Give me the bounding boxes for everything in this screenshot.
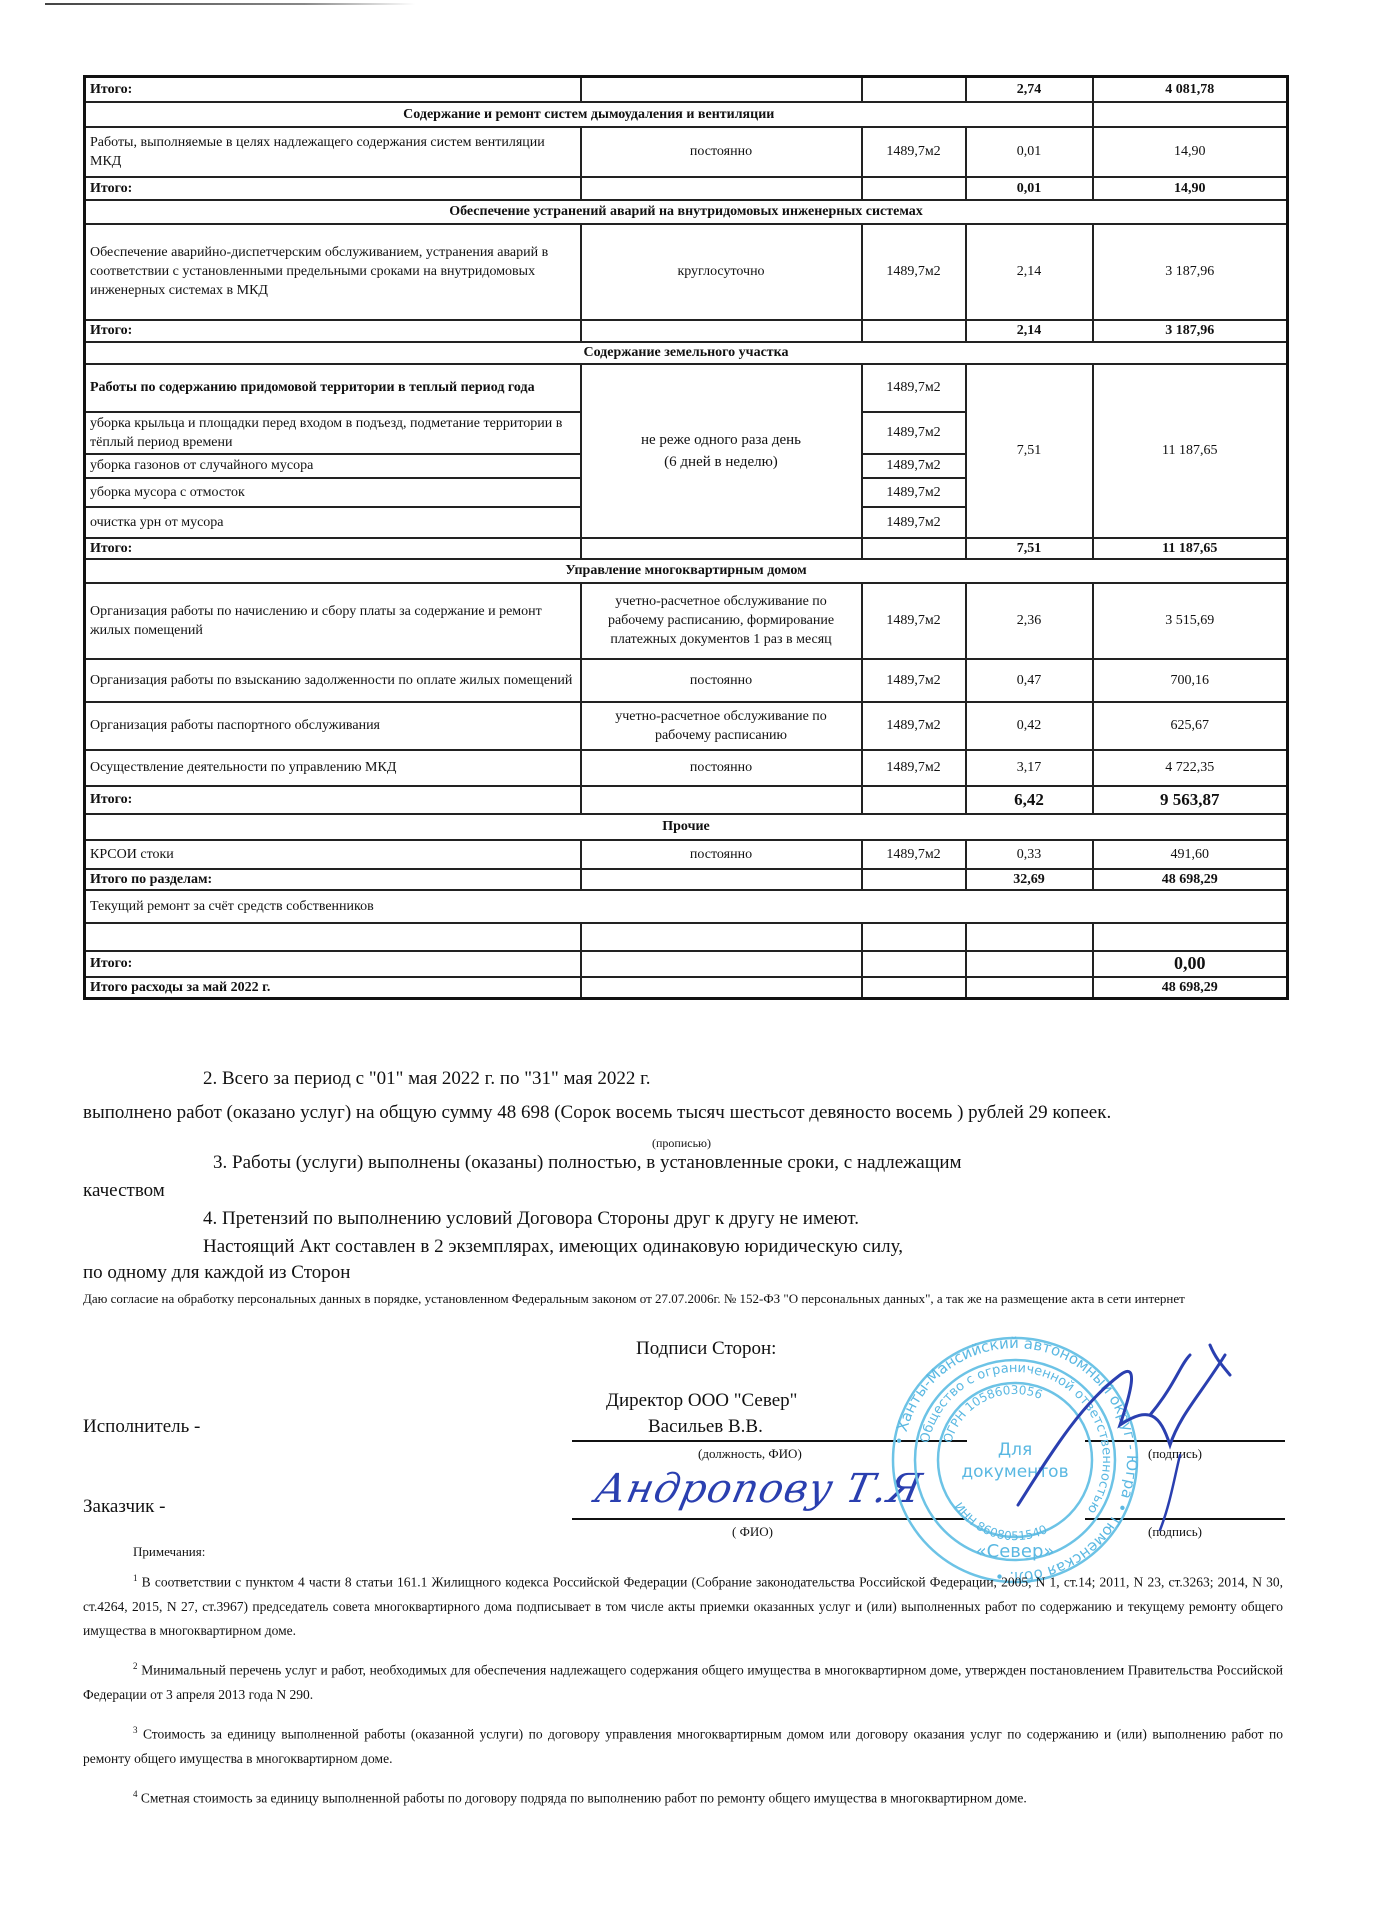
executor-name: Васильев В.В. — [648, 1416, 763, 1438]
row-label: Итого расходы за май 2022 г. — [85, 977, 581, 999]
consent-text: Даю согласие на обработку персональных д… — [83, 1287, 1203, 1310]
section-title: Прочие — [85, 814, 1288, 840]
customer-handwritten-name: Андропову Т.Я — [591, 1466, 926, 1512]
sum-cell: 48 698,29 — [1093, 977, 1288, 999]
frequency-cell: постоянно — [581, 659, 862, 702]
sum-cell: 9 563,87 — [1093, 786, 1288, 814]
area-cell: 1489,7м2 — [862, 478, 966, 507]
table-row-total: Итого: 2,74 4 081,78 — [85, 77, 1288, 102]
row-label: Организация работы по взысканию задолжен… — [85, 659, 581, 702]
paragraph-5-cont: по одному для каждой из Сторон — [83, 1262, 350, 1284]
sum-cell: 4 081,78 — [1093, 77, 1288, 102]
rate-cell: 6,42 — [966, 786, 1093, 814]
paragraph-2-period: 2. Всего за период с "01" мая 2022 г. по… — [203, 1068, 650, 1090]
table-row-empty — [85, 923, 1288, 951]
sum-cell: 0,00 — [1093, 951, 1288, 977]
rate-cell: 2,74 — [966, 77, 1093, 102]
row-label: Итого: — [85, 77, 581, 102]
footnote-4: 4 Сметная стоимость за единицу выполненн… — [83, 1782, 1283, 1811]
signatures-title: Подписи Сторон: — [636, 1338, 776, 1360]
sum-cell: 11 187,65 — [1093, 538, 1288, 559]
table-row: Организация работы по начислению и сбору… — [85, 583, 1288, 659]
rate-cell: 2,36 — [966, 583, 1093, 659]
row-label: Работы, выполняемые в целях надлежащего … — [85, 127, 581, 177]
frequency-cell: учетно-расчетное обслуживание по рабочем… — [581, 583, 862, 659]
row-label: Итого: — [85, 786, 581, 814]
paragraph-5: Настоящий Акт составлен в 2 экземплярах,… — [203, 1236, 903, 1258]
row-label: Итого: — [85, 538, 581, 559]
sum-cell: 625,67 — [1093, 702, 1288, 750]
notes-title: Примечания: — [133, 1544, 205, 1560]
area-cell: 1489,7м2 — [862, 840, 966, 869]
frequency-cell: постоянно — [581, 840, 862, 869]
area-cell: 1489,7м2 — [862, 702, 966, 750]
frequency-cell: учетно-расчетное обслуживание по рабочем… — [581, 702, 862, 750]
row-label: уборка крыльца и площадки перед входом в… — [85, 412, 581, 454]
section-title: Содержание и ремонт систем дымоудаления … — [85, 102, 1093, 127]
sum-cell: 3 187,96 — [1093, 224, 1288, 320]
section-header-row: Содержание земельного участка — [85, 342, 1288, 364]
row-label: Обеспечение аварийно-диспетчерским обслу… — [85, 224, 581, 320]
area-cell: 1489,7м2 — [862, 507, 966, 538]
paragraph-3: 3. Работы (услуги) выполнены (оказаны) п… — [213, 1152, 962, 1174]
section-title: Текущий ремонт за счёт средств собственн… — [85, 890, 1288, 923]
services-table: Итого: 2,74 4 081,78 Содержание и ремонт… — [83, 75, 1289, 1000]
rate-cell: 0,01 — [966, 127, 1093, 177]
section-title: Обеспечение устранений аварий на внутрид… — [85, 200, 1288, 224]
area-cell: 1489,7м2 — [862, 127, 966, 177]
table-row-total: Итого: 2,14 3 187,96 — [85, 320, 1288, 342]
frequency-cell: не реже одного раза день (6 дней в недел… — [581, 364, 862, 538]
rate-cell: 32,69 — [966, 869, 1093, 890]
executor-caption: (должность, ФИО) — [698, 1446, 802, 1462]
rate-cell: 3,17 — [966, 750, 1093, 786]
table-row-total: Итого: 0,01 14,90 — [85, 177, 1288, 200]
table-row-grand-total: Итого расходы за май 2022 г. 48 698,29 — [85, 977, 1288, 999]
customer-caption: ( ФИО) — [732, 1524, 773, 1540]
section-header-row: Текущий ремонт за счёт средств собственн… — [85, 890, 1288, 923]
area-cell: 1489,7м2 — [862, 583, 966, 659]
area-cell: 1489,7м2 — [862, 659, 966, 702]
frequency-cell: круглосуточно — [581, 224, 862, 320]
rate-cell: 7,51 — [966, 364, 1093, 538]
sum-cell: 4 722,35 — [1093, 750, 1288, 786]
row-label: Итого: — [85, 951, 581, 977]
table-row: Работы, выполняемые в целях надлежащего … — [85, 127, 1288, 177]
row-label: очистка урн от мусора — [85, 507, 581, 538]
paragraph-3-cont: качеством — [83, 1180, 165, 1202]
footnote-1: 1 В соответствии с пунктом 4 части 8 ста… — [83, 1566, 1283, 1643]
sum-cell: 48 698,29 — [1093, 869, 1288, 890]
table-row: КРСОИ стоки постоянно 1489,7м2 0,33 491,… — [85, 840, 1288, 869]
table-row: Работы по содержанию придомовой территор… — [85, 364, 1288, 412]
rate-cell: 2,14 — [966, 320, 1093, 342]
table-row: Обеспечение аварийно-диспетчерским обслу… — [85, 224, 1288, 320]
area-cell: 1489,7м2 — [862, 412, 966, 454]
rate-cell: 2,14 — [966, 224, 1093, 320]
table-row-total: Итого: 7,51 11 187,65 — [85, 538, 1288, 559]
row-label: Работы по содержанию придомовой территор… — [85, 364, 581, 412]
sum-cell: 3 515,69 — [1093, 583, 1288, 659]
footnote-2: 2 Минимальный перечень услуг и работ, не… — [83, 1654, 1283, 1707]
table-row: Организация работы паспортного обслужива… — [85, 702, 1288, 750]
stamp-company-name: «Север» — [976, 1541, 1055, 1562]
paragraph-2-sum: выполнено работ (оказано услуг) на общую… — [83, 1102, 1111, 1124]
row-label: Итого: — [85, 320, 581, 342]
table-row-total: Итого: 6,42 9 563,87 — [85, 786, 1288, 814]
section-title: Содержание земельного участка — [85, 342, 1288, 364]
executor-signature-icon — [1010, 1335, 1240, 1535]
table-row: Осуществление деятельности по управлению… — [85, 750, 1288, 786]
section-header-row: Управление многоквартирным домом — [85, 559, 1288, 583]
row-label: Организация работы паспортного обслужива… — [85, 702, 581, 750]
rate-cell: 0,33 — [966, 840, 1093, 869]
table-row: Организация работы по взысканию задолжен… — [85, 659, 1288, 702]
table-row-total: Итого: 0,00 — [85, 951, 1288, 977]
row-label: Организация работы по начислению и сбору… — [85, 583, 581, 659]
frequency-cell: постоянно — [581, 750, 862, 786]
area-cell: 1489,7м2 — [862, 364, 966, 412]
executor-position: Директор ООО "Север" — [606, 1390, 797, 1412]
rate-cell: 0,01 — [966, 177, 1093, 200]
area-cell: 1489,7м2 — [862, 454, 966, 478]
footnote-3: 3 Стоимость за единицу выполненной работ… — [83, 1718, 1283, 1771]
row-label: уборка мусора с отмосток — [85, 478, 581, 507]
sum-cell: 14,90 — [1093, 127, 1288, 177]
in-words-caption: (прописью) — [652, 1136, 711, 1151]
sum-cell: 14,90 — [1093, 177, 1288, 200]
section-header-row: Обеспечение устранений аварий на внутрид… — [85, 200, 1288, 224]
sum-cell: 491,60 — [1093, 840, 1288, 869]
section-title: Управление многоквартирным домом — [85, 559, 1288, 583]
row-label: Итого: — [85, 177, 581, 200]
row-label: Осуществление деятельности по управлению… — [85, 750, 581, 786]
rate-cell: 0,47 — [966, 659, 1093, 702]
section-header-row: Содержание и ремонт систем дымоудаления … — [85, 102, 1288, 127]
paragraph-4: 4. Претензий по выполнению условий Догов… — [203, 1208, 859, 1230]
row-label: уборка газонов от случайного мусора — [85, 454, 581, 478]
sum-cell: 700,16 — [1093, 659, 1288, 702]
rate-cell: 0,42 — [966, 702, 1093, 750]
table-row-total: Итого по разделам: 32,69 48 698,29 — [85, 869, 1288, 890]
area-cell: 1489,7м2 — [862, 750, 966, 786]
executor-label: Исполнитель - — [83, 1416, 200, 1438]
sum-cell: 3 187,96 — [1093, 320, 1288, 342]
rate-cell: 7,51 — [966, 538, 1093, 559]
scan-artifact-line — [45, 3, 415, 5]
row-label: Итого по разделам: — [85, 869, 581, 890]
row-label: КРСОИ стоки — [85, 840, 581, 869]
customer-label: Заказчик - — [83, 1496, 166, 1518]
section-header-row: Прочие — [85, 814, 1288, 840]
area-cell: 1489,7м2 — [862, 224, 966, 320]
sum-cell: 11 187,65 — [1093, 364, 1288, 538]
frequency-cell: постоянно — [581, 127, 862, 177]
